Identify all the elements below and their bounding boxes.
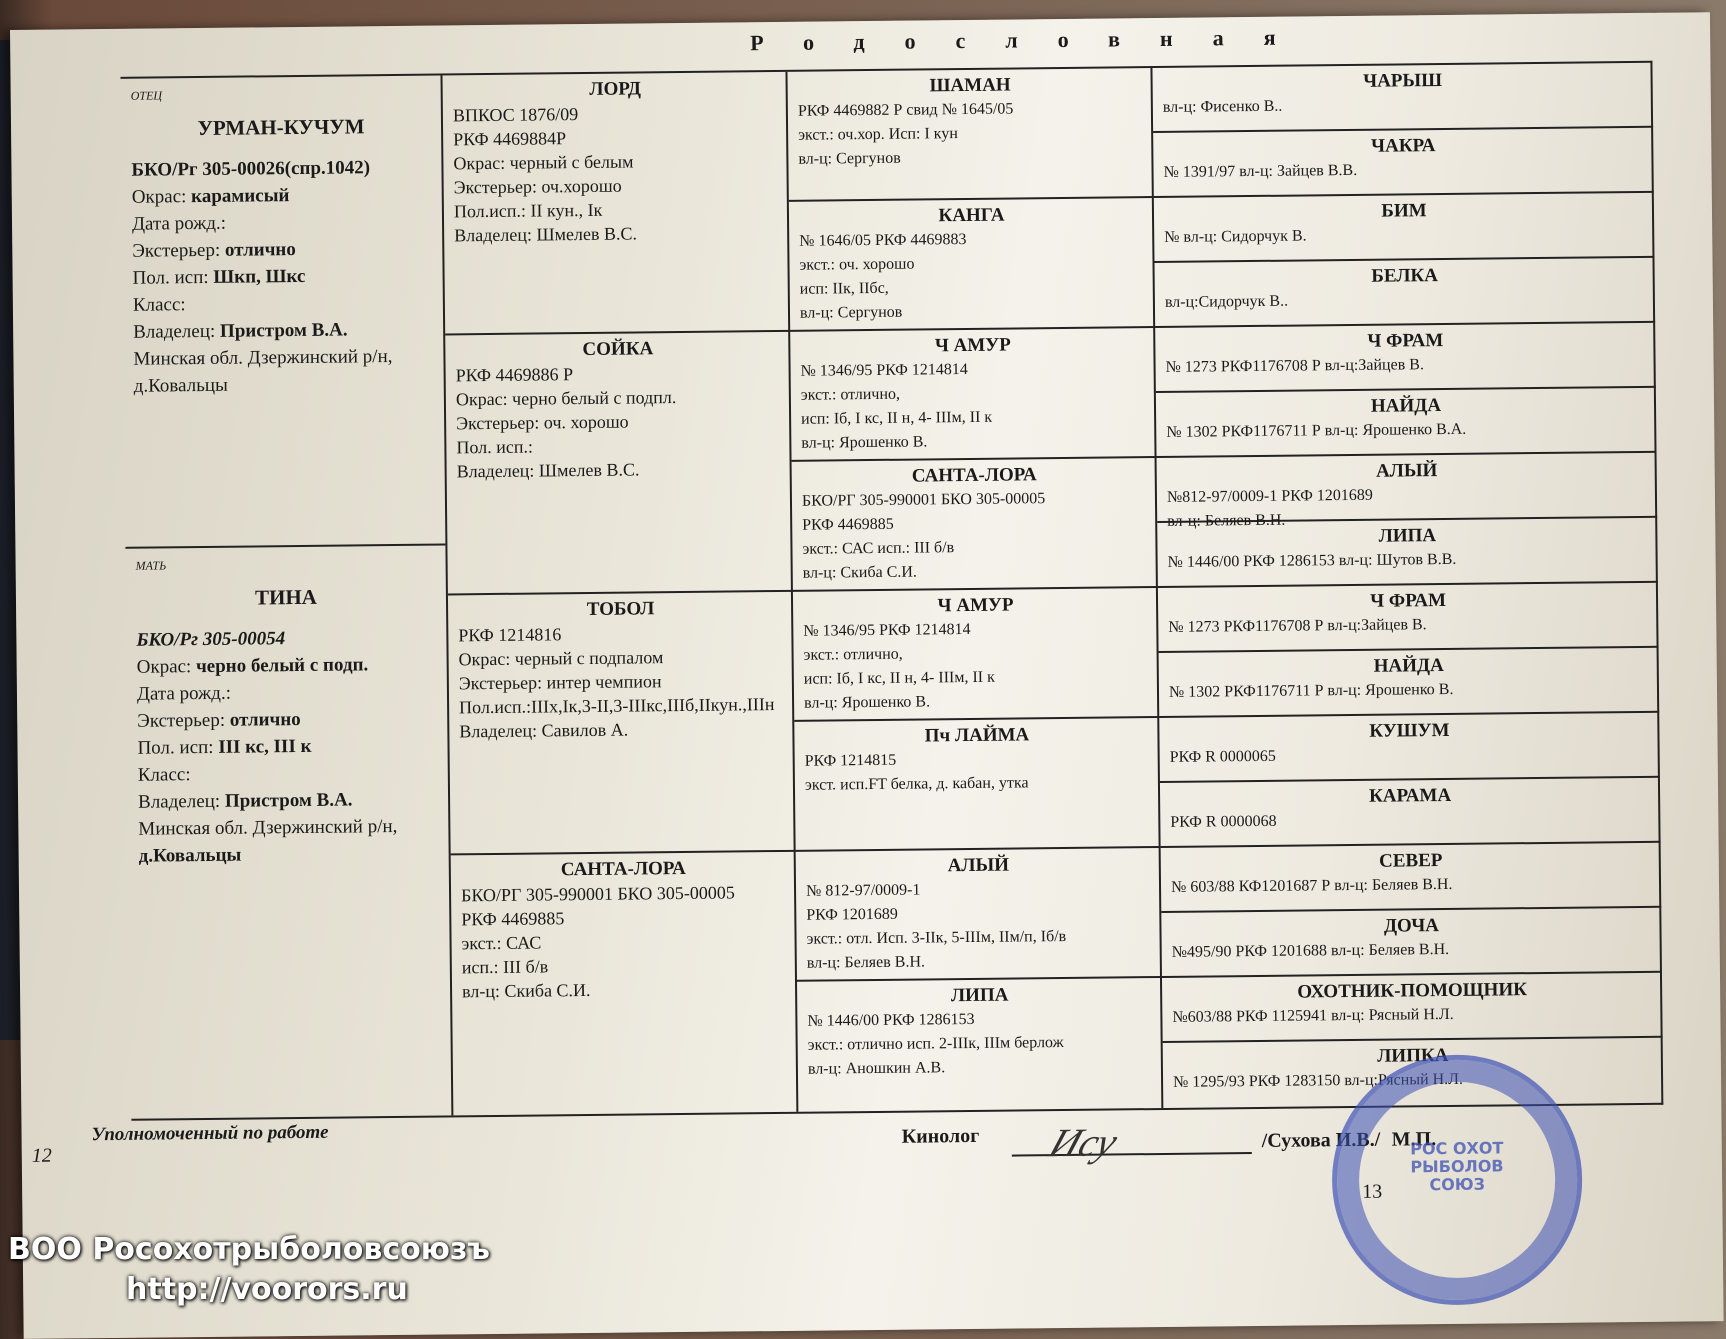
gen3-cell: АЛЫЙ№ 812-97/0009-1РКФ 1201689экст.: отл… [796, 848, 1162, 982]
dog-name: ЛОРД [453, 76, 778, 103]
dog-detail: РКФ 4469882 Р свид № 1645/05 [798, 96, 1143, 124]
dog-detail: вл-ц: Скиба С.И. [803, 558, 1148, 586]
dog-detail: РКФ 4469886 Р [456, 360, 781, 387]
dog-detail: Владелец: Шмелев В.С. [454, 220, 779, 247]
gen4-cell: БЕЛКАвл-ц:Сидорчук В.. [1155, 258, 1656, 328]
father-cell: ОТЕЦ УРМАН-КУЧУМ БКО/Рг 305-00026(спр.10… [121, 75, 446, 548]
gen4-cell: БИМ№ вл-ц: Сидорчук В. [1154, 193, 1655, 263]
dog-detail: РКФ 4469884Р [453, 124, 778, 151]
dog-detail: № 1446/00 РКФ 1286153 [807, 1006, 1152, 1034]
dog-detail: Окрас: черный с белым [453, 148, 778, 175]
dog-name: КАНГА [799, 202, 1144, 230]
mother-birth: Дата рожд.: [137, 678, 437, 708]
gen3-cell: ЛИПА№ 1446/00 РКФ 1286153экст.: отлично … [797, 978, 1163, 1112]
mother-owner: Владелец: Пристром В.А. [138, 786, 438, 816]
mother-address1: Минская обл. Дзержинский р/н, [138, 813, 438, 843]
dog-detail: экст.: оч.хор. Исп: I кун [798, 120, 1143, 148]
dog-detail: ВПКОС 1876/09 [453, 100, 778, 127]
dog-name: Ч АМУР [803, 592, 1148, 620]
dog-detail: экст.: отл. Исп. 3-IIк, 5-IIIм, IIм/п, I… [806, 924, 1151, 952]
dog-detail: экст. исп.FT белка, д. кабан, утка [805, 770, 1150, 798]
cynologist-label: Кинолог [902, 1125, 980, 1149]
father-address2: д.Ковальцы [134, 370, 434, 400]
document-title: Родословная [750, 24, 1316, 56]
dog-detail: экст.: оч. хорошо [799, 250, 1144, 278]
dog-detail: РКФ 4469885 [461, 904, 786, 931]
father-name: УРМАН-КУЧУМ [131, 113, 431, 143]
gen3-cell: ШАМАНРКФ 4469882 Р свид № 1645/05экст.: … [787, 68, 1153, 202]
gen3-cell: САНТА-ЛОРАБКО/РГ 305-990001 БКО 305-0000… [792, 458, 1158, 592]
dog-name: СОЙКА [455, 336, 780, 363]
page-number-left: 12 [32, 1145, 52, 1168]
signature: Ису [1043, 1118, 1124, 1166]
gen4-cell: Ч ФРАМ№ 1273 РКФ1176708 Р вл-ц:Зайцев В. [1155, 323, 1656, 393]
dog-detail: № 812-97/0009-1 [806, 876, 1151, 904]
page-number-right: 13 [1362, 1181, 1382, 1204]
dog-detail: РКФ 1214815 [805, 746, 1150, 774]
mother-name: ТИНА [136, 583, 436, 613]
dog-detail: № 1346/95 РКФ 1214814 [800, 356, 1145, 384]
mother-field: Пол. исп: III кс, III к [137, 732, 437, 762]
gen4-cell: Ч ФРАМ№ 1273 РКФ1176708 Р вл-ц:Зайцев В. [1158, 583, 1659, 653]
dog-detail: РКФ 4469885 [802, 510, 1147, 538]
dog-name: САНТА-ЛОРА [461, 856, 786, 883]
dog-detail: экст.: САС исп.: III б/в [802, 534, 1147, 562]
watermark-url[interactable]: http://voorors.ru [8, 1270, 490, 1310]
dog-detail: №495/90 РКФ 1201688 вл-ц: Беляев В.Н. [1172, 936, 1652, 965]
dog-detail: БКО/РГ 305-990001 БКО 305-00005 [461, 880, 786, 907]
dog-detail: № 1302 РКФ1176711 Р вл-ц: Ярошенко В.А. [1166, 416, 1646, 445]
mother-class: Класс: [138, 759, 438, 789]
dog-detail: Владелец: Шмелев В.С. [457, 456, 782, 483]
dog-detail: Экстерьер: оч. хорошо [456, 408, 781, 435]
dog-detail: Окрас: черно белый с подпл. [456, 384, 781, 411]
gen3-cell: Ч АМУР№ 1346/95 РКФ 1214814экст.: отличн… [793, 588, 1159, 722]
dog-detail: вл-ц: Сергунов [798, 144, 1143, 172]
gen3-cell: Ч АМУР№ 1346/95 РКФ 1214814экст.: отличн… [790, 328, 1156, 462]
dog-detail: исп: IIк, IIбс, [800, 274, 1145, 302]
dog-name: ШАМАН [798, 72, 1143, 100]
dog-name: ЛИПА [807, 982, 1152, 1010]
dog-detail: Пол. исп.: [456, 432, 781, 459]
mother-reg: БКО/Рг 305-00054 [136, 624, 436, 654]
pedigree-table: ОТЕЦ УРМАН-КУЧУМ БКО/Рг 305-00026(спр.10… [120, 61, 1663, 1121]
gen4-cell: КАРАМАРКФ R 0000068 [1160, 778, 1661, 848]
gen2-cell: САНТА-ЛОРАБКО/РГ 305-990001 БКО 305-0000… [451, 852, 799, 1116]
gen4-cell: ЛИПА№ 1446/00 РКФ 1286153 вл-ц: Шутов В.… [1157, 518, 1658, 588]
dog-detail: Пол.исп.:IIIх,Iк,3-II,3-IIIкс,IIIб,IIкун… [459, 692, 784, 719]
father-birth: Дата рожд.: [132, 208, 432, 238]
watermark: ВОО Росохотрыболовсоюзъ http://voorors.r… [8, 1230, 490, 1310]
dog-detail: исп: Iб, I кс, II н, 4- IIIм, II к [801, 404, 1146, 432]
dog-detail: РКФ 1214816 [458, 620, 783, 647]
dog-detail: Пол.исп.: II кун., Iк [454, 196, 779, 223]
dog-name: ТОБОЛ [458, 596, 783, 623]
dog-detail: экст.: САС [461, 928, 786, 955]
dog-detail: № 1273 РКФ1176708 Р вл-ц:Зайцев В. [1165, 351, 1645, 380]
mother-exterior: Экстерьер: отлично [137, 705, 437, 735]
dog-detail: № вл-ц: Сидорчук В. [1164, 221, 1644, 250]
dog-detail: № 1346/95 РКФ 1214814 [803, 616, 1148, 644]
gen2-cell: СОЙКАРКФ 4469886 РОкрас: черно белый с п… [445, 332, 793, 596]
dog-detail: вл-ц: Аношкин А.В. [808, 1054, 1153, 1082]
gen4-cell: КУШУМРКФ R 0000065 [1159, 713, 1660, 783]
dog-detail: № 1302 РКФ1176711 Р вл-ц: Ярошенко В. [1169, 676, 1649, 705]
dog-detail: исп.: III б/в [462, 952, 787, 979]
column-grandparents: ЛОРДВПКОС 1876/09РКФ 4469884РОкрас: черн… [441, 72, 799, 1116]
father-owner: Владелец: Пристром В.А. [133, 316, 433, 346]
mother-address2: д.Ковальцы [139, 840, 439, 870]
father-field: Пол. исп: Шкп, Шкс [132, 262, 432, 292]
dog-detail: экст.: отлично, [803, 640, 1148, 668]
column-parents: ОТЕЦ УРМАН-КУЧУМ БКО/Рг 305-00026(спр.10… [121, 75, 452, 1118]
stamp-text: РОС ОХОТ РЫБОЛОВ СОЮЗ [1402, 1139, 1513, 1194]
gen4-cell: ДОЧА№495/90 РКФ 1201688 вл-ц: Беляев В.Н… [1161, 908, 1662, 978]
dog-detail: БКО/РГ 305-990001 БКО 305-00005 [802, 486, 1147, 514]
dog-detail: вл-ц: Ярошенко В. [804, 688, 1149, 716]
dog-detail: № 1646/05 РКФ 4469883 [799, 226, 1144, 254]
dog-name: Ч АМУР [800, 332, 1145, 360]
father-class: Класс: [133, 289, 433, 319]
dog-detail: №603/88 РКФ 1125941 вл-ц: Рясный Н.Л. [1172, 1001, 1652, 1030]
father-color: Окрас: карамисый [132, 181, 432, 211]
dog-detail: Экстерьер: интер чемпион [459, 668, 784, 695]
gen4-cell: ОХОТНИК-ПОМОЩНИК№603/88 РКФ 1125941 вл-ц… [1162, 973, 1663, 1043]
dog-detail: РКФ R 0000068 [1170, 806, 1650, 835]
dog-detail: Окрас: черный с подпалом [458, 644, 783, 671]
dog-detail: вл-ц: Скиба С.И. [462, 976, 787, 1003]
dog-detail: вл-ц: Ярошенко В. [801, 428, 1146, 456]
column-great-great-grandparents: ЧАРЫШвл-ц: Фисенко В..ЧАКРА№ 1391/97 вл-… [1150, 63, 1663, 1108]
gen4-cell: НАЙДА№ 1302 РКФ1176711 Р вл-ц: Ярошенко … [1159, 648, 1660, 718]
dog-detail: РКФ R 0000065 [1170, 741, 1650, 770]
dog-detail: вл-ц: Сергунов [800, 298, 1145, 326]
gen2-cell: ЛОРДВПКОС 1876/09РКФ 4469884РОкрас: черн… [442, 72, 790, 336]
dog-detail: вл-ц:Сидорчук В.. [1165, 286, 1645, 315]
gen2-cell: ТОБОЛРКФ 1214816Окрас: черный с подпалом… [448, 592, 796, 856]
dog-detail: № 603/88 КФ1201687 Р вл-ц: Беляев В.Н. [1171, 871, 1651, 900]
gen4-cell: ЧАКРА№ 1391/97 вл-ц: Зайцев В.В. [1153, 128, 1654, 198]
pedigree-page: Родословная ОТЕЦ УРМАН-КУЧУМ БКО/Рг 305-… [10, 12, 1724, 1339]
dog-detail: № 1446/00 РКФ 1286153 вл-ц: Шутов В.В. [1168, 546, 1648, 575]
mother-cell: МАТЬ ТИНА БКО/Рг 305-00054 Окрас: черно … [125, 545, 451, 1118]
dog-name: САНТА-ЛОРА [802, 462, 1147, 490]
dog-detail: исп: Iб, I кс, II н, 4- IIIм, II к [804, 664, 1149, 692]
column-great-grandparents: ШАМАНРКФ 4469882 Р свид № 1645/05экст.: … [785, 68, 1163, 1112]
father-role: ОТЕЦ [131, 80, 431, 110]
gen3-cell: КАНГА№ 1646/05 РКФ 4469883экст.: оч. хор… [789, 198, 1155, 332]
dog-detail: Экстерьер: оч.хорошо [454, 172, 779, 199]
watermark-org: ВОО Росохотрыболовсоюзъ [8, 1230, 490, 1270]
gen4-cell: ЧАРЫШвл-ц: Фисенко В.. [1152, 63, 1653, 133]
authorized-label: Уполномоченный по работе [91, 1122, 328, 1146]
dog-detail: вл-ц: Фисенко В.. [1163, 91, 1643, 120]
dog-name: Пч ЛАЙМА [804, 722, 1149, 750]
dog-detail: № 1391/97 вл-ц: Зайцев В.В. [1163, 156, 1643, 185]
mother-color: Окрас: черно белый с подп. [137, 651, 437, 681]
dog-detail: вл-ц: Беляев В.Н. [807, 948, 1152, 976]
dog-detail: РКФ 1201689 [806, 900, 1151, 928]
gen4-cell: НАЙДА№ 1302 РКФ1176711 Р вл-ц: Ярошенко … [1156, 388, 1657, 458]
mother-role: МАТЬ [135, 550, 435, 580]
gen4-cell: СЕВЕР№ 603/88 КФ1201687 Р вл-ц: Беляев В… [1161, 843, 1662, 913]
dog-detail: экст.: отлично, [801, 380, 1146, 408]
gen3-cell: Пч ЛАЙМАРКФ 1214815экст. исп.FT белка, д… [794, 718, 1160, 852]
dog-detail: № 1273 РКФ1176708 Р вл-ц:Зайцев В. [1168, 611, 1648, 640]
father-address1: Минская обл. Дзержинский р/н, [133, 343, 433, 373]
father-exterior: Экстерьер: отлично [132, 235, 432, 265]
dog-name: АЛЫЙ [806, 852, 1151, 880]
dog-detail: экст.: отлично исп. 2-IIIк, IIIм берлож [808, 1030, 1153, 1058]
gen4-cell: АЛЫЙ№812-97/0009-1 РКФ 1201689вл-ц: Беля… [1157, 453, 1658, 523]
dog-detail: Владелец: Савилов А. [459, 716, 784, 743]
father-reg: БКО/Рг 305-00026(спр.1042) [131, 154, 431, 184]
